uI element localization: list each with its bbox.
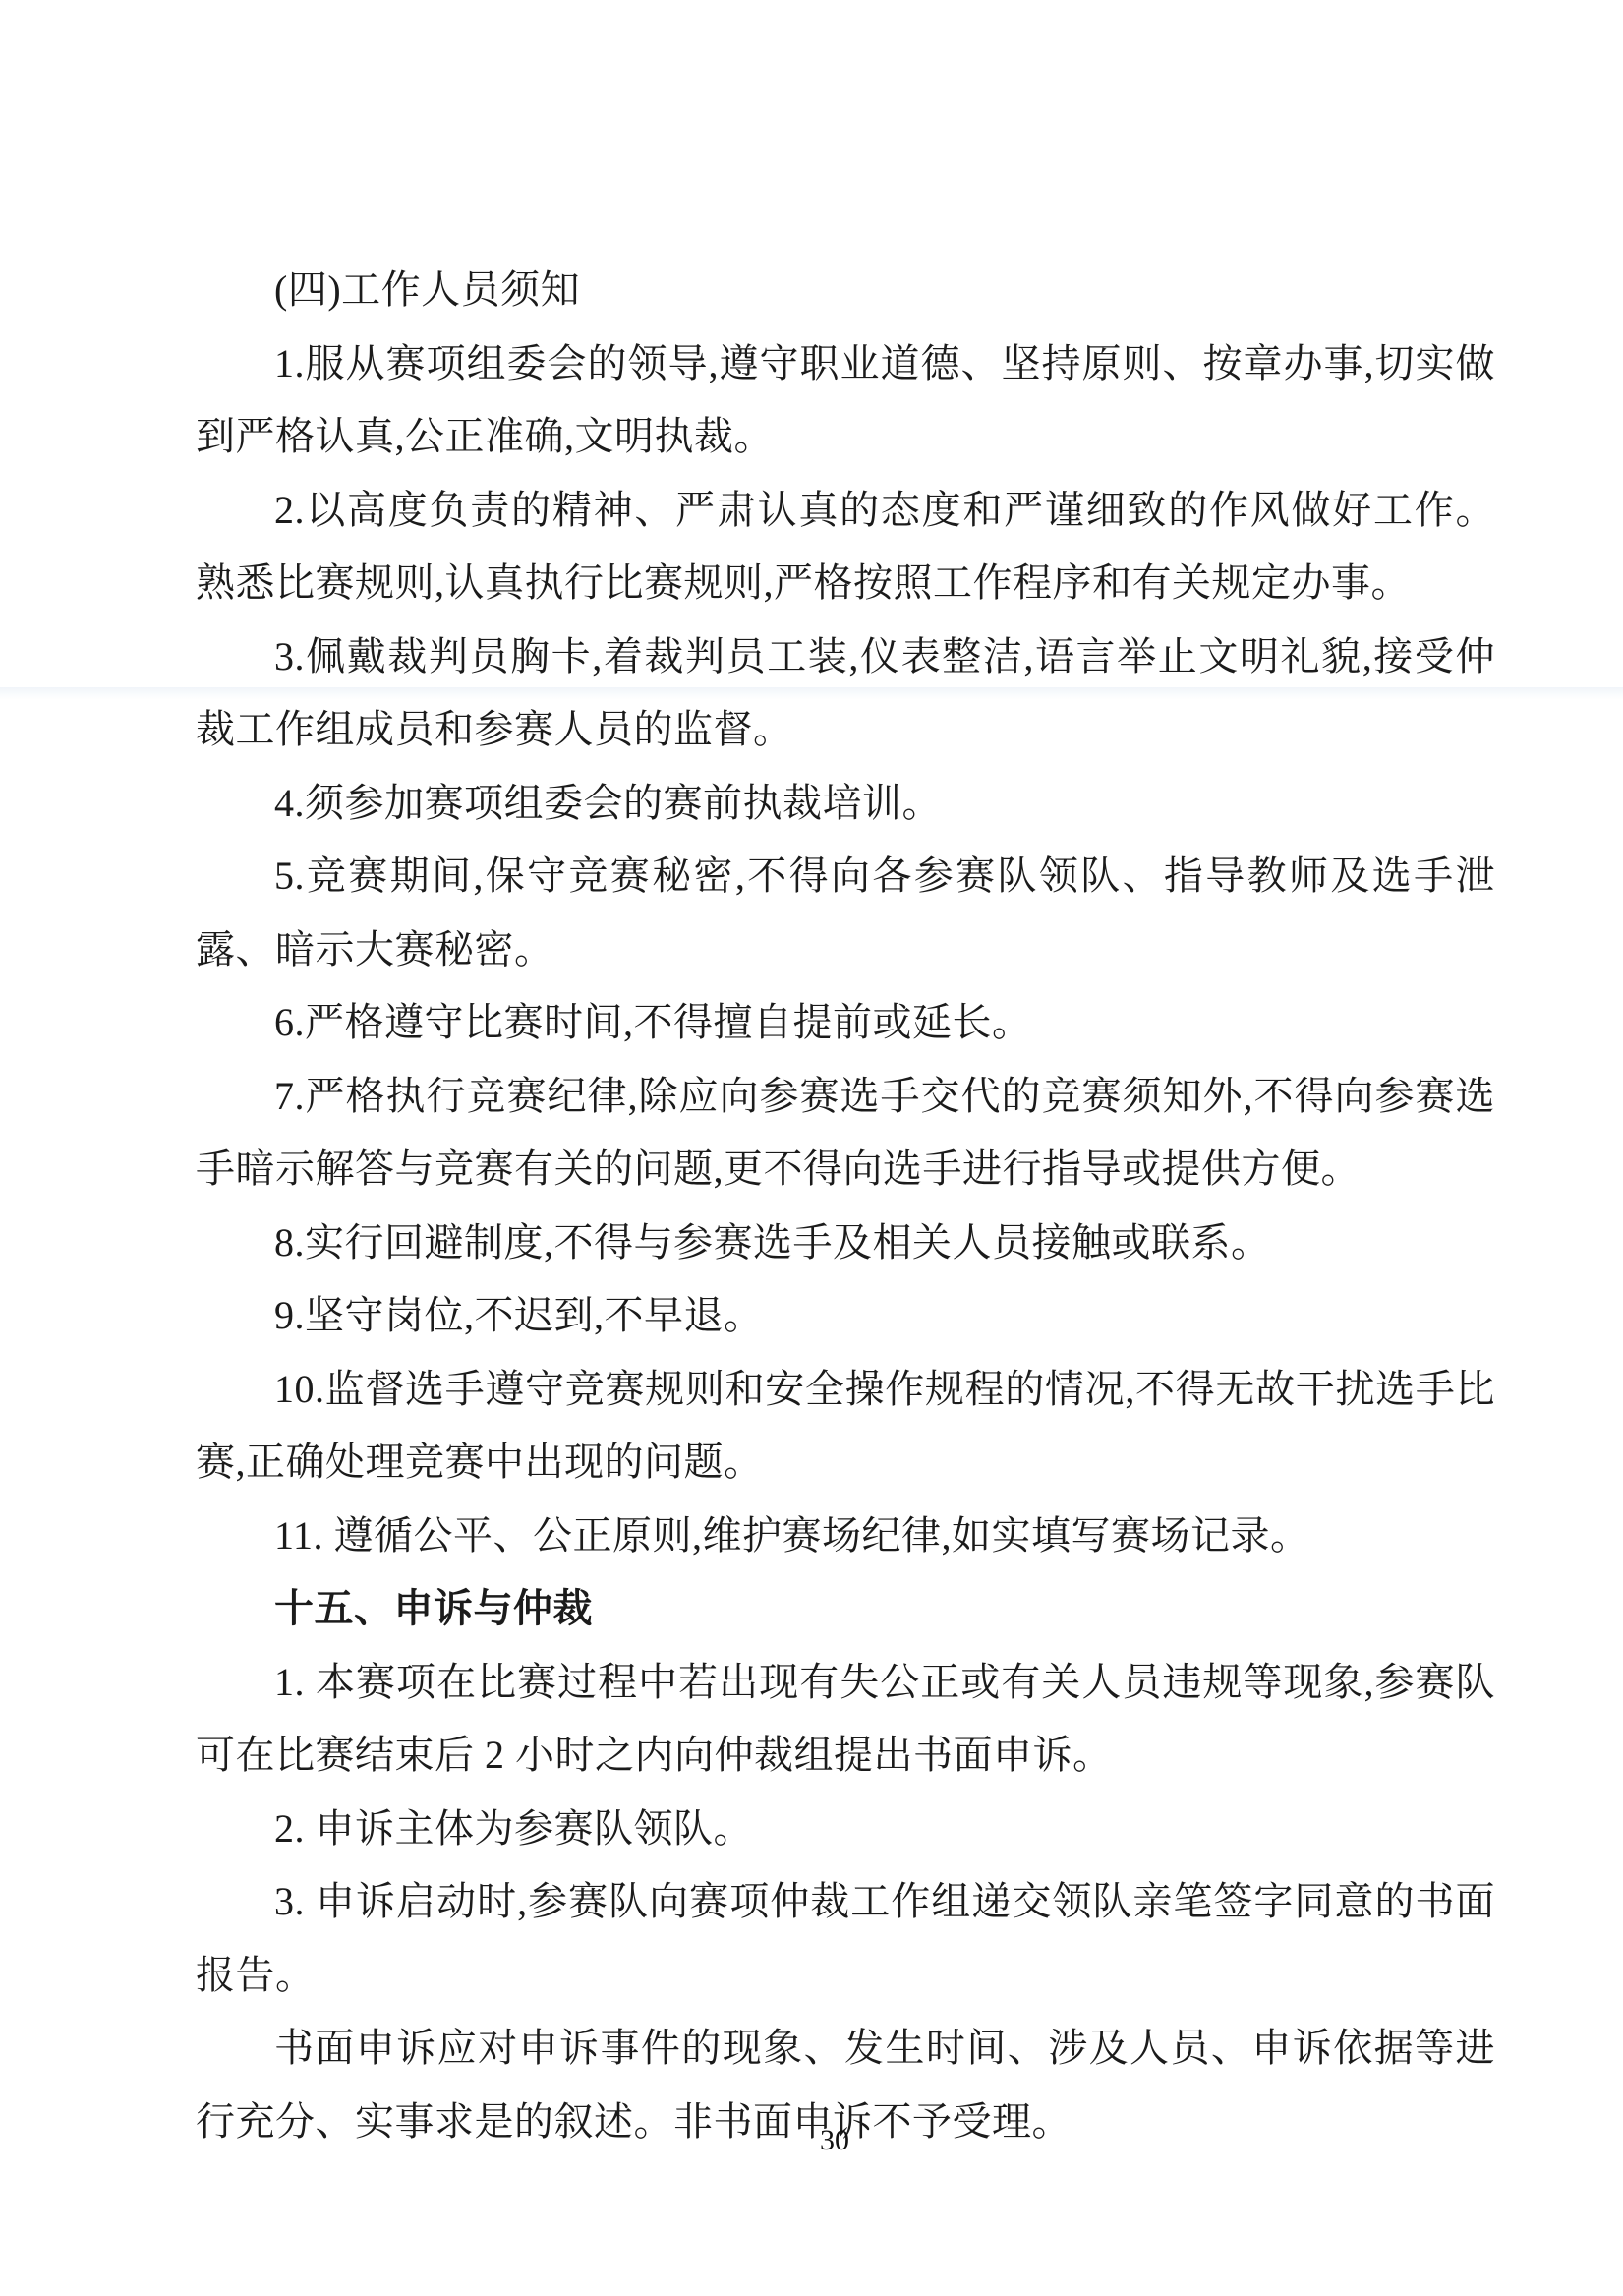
staff-item-9: 9.坚守岗位,不迟到,不早退。 <box>196 1279 1495 1353</box>
staff-item-4: 4.须参加赛项组委会的赛前执裁培训。 <box>196 767 1495 841</box>
staff-item-6: 6.严格遵守比赛时间,不得擅自提前或延长。 <box>196 986 1495 1060</box>
appeal-item-3: 3. 申诉启动时,参赛队向赛项仲裁工作组递交领队亲笔签字同意的书面报告。 <box>196 1865 1495 2012</box>
staff-item-2: 2.以高度负责的精神、严肃认真的态度和严谨细致的作风做好工作。熟悉比赛规则,认真… <box>196 474 1495 620</box>
appeal-item-1: 1. 本赛项在比赛过程中若出现有失公正或有关人员违规等现象,参赛队可在比赛结束后… <box>196 1646 1495 1793</box>
staff-item-7: 7.严格执行竞赛纪律,除应向参赛选手交代的竞赛须知外,不得向参赛选手暗示解答与竞… <box>196 1060 1495 1207</box>
document-page: (四)工作人员须知 1.服从赛项组委会的领导,遵守职业道德、坚持原则、按章办事,… <box>0 0 1623 2296</box>
subsection-heading-staff-notice: (四)工作人员须知 <box>196 254 1495 327</box>
section-heading-appeal-arbitration: 十五、申诉与仲裁 <box>196 1572 1495 1646</box>
page-number: 30 <box>795 2124 874 2157</box>
staff-item-1: 1.服从赛项组委会的领导,遵守职业道德、坚持原则、按章办事,切实做到严格认真,公… <box>196 327 1495 474</box>
staff-item-11: 11. 遵循公平、公正原则,维护赛场纪律,如实填写赛场记录。 <box>196 1500 1495 1573</box>
staff-item-5: 5.竞赛期间,保守竞赛秘密,不得向各参赛队领队、指导教师及选手泄露、暗示大赛秘密… <box>196 840 1495 986</box>
staff-item-8: 8.实行回避制度,不得与参赛选手及相关人员接触或联系。 <box>196 1207 1495 1280</box>
page-content: (四)工作人员须知 1.服从赛项组委会的领导,遵守职业道德、坚持原则、按章办事,… <box>196 254 1495 2158</box>
staff-item-10: 10.监督选手遵守竞赛规则和安全操作规程的情况,不得无故干扰选手比赛,正确处理竞… <box>196 1353 1495 1500</box>
staff-item-3: 3.佩戴裁判员胸卡,着裁判员工装,仪表整洁,语言举止文明礼貌,接受仲裁工作组成员… <box>196 620 1495 767</box>
appeal-item-2: 2. 申诉主体为参赛队领队。 <box>196 1793 1495 1866</box>
